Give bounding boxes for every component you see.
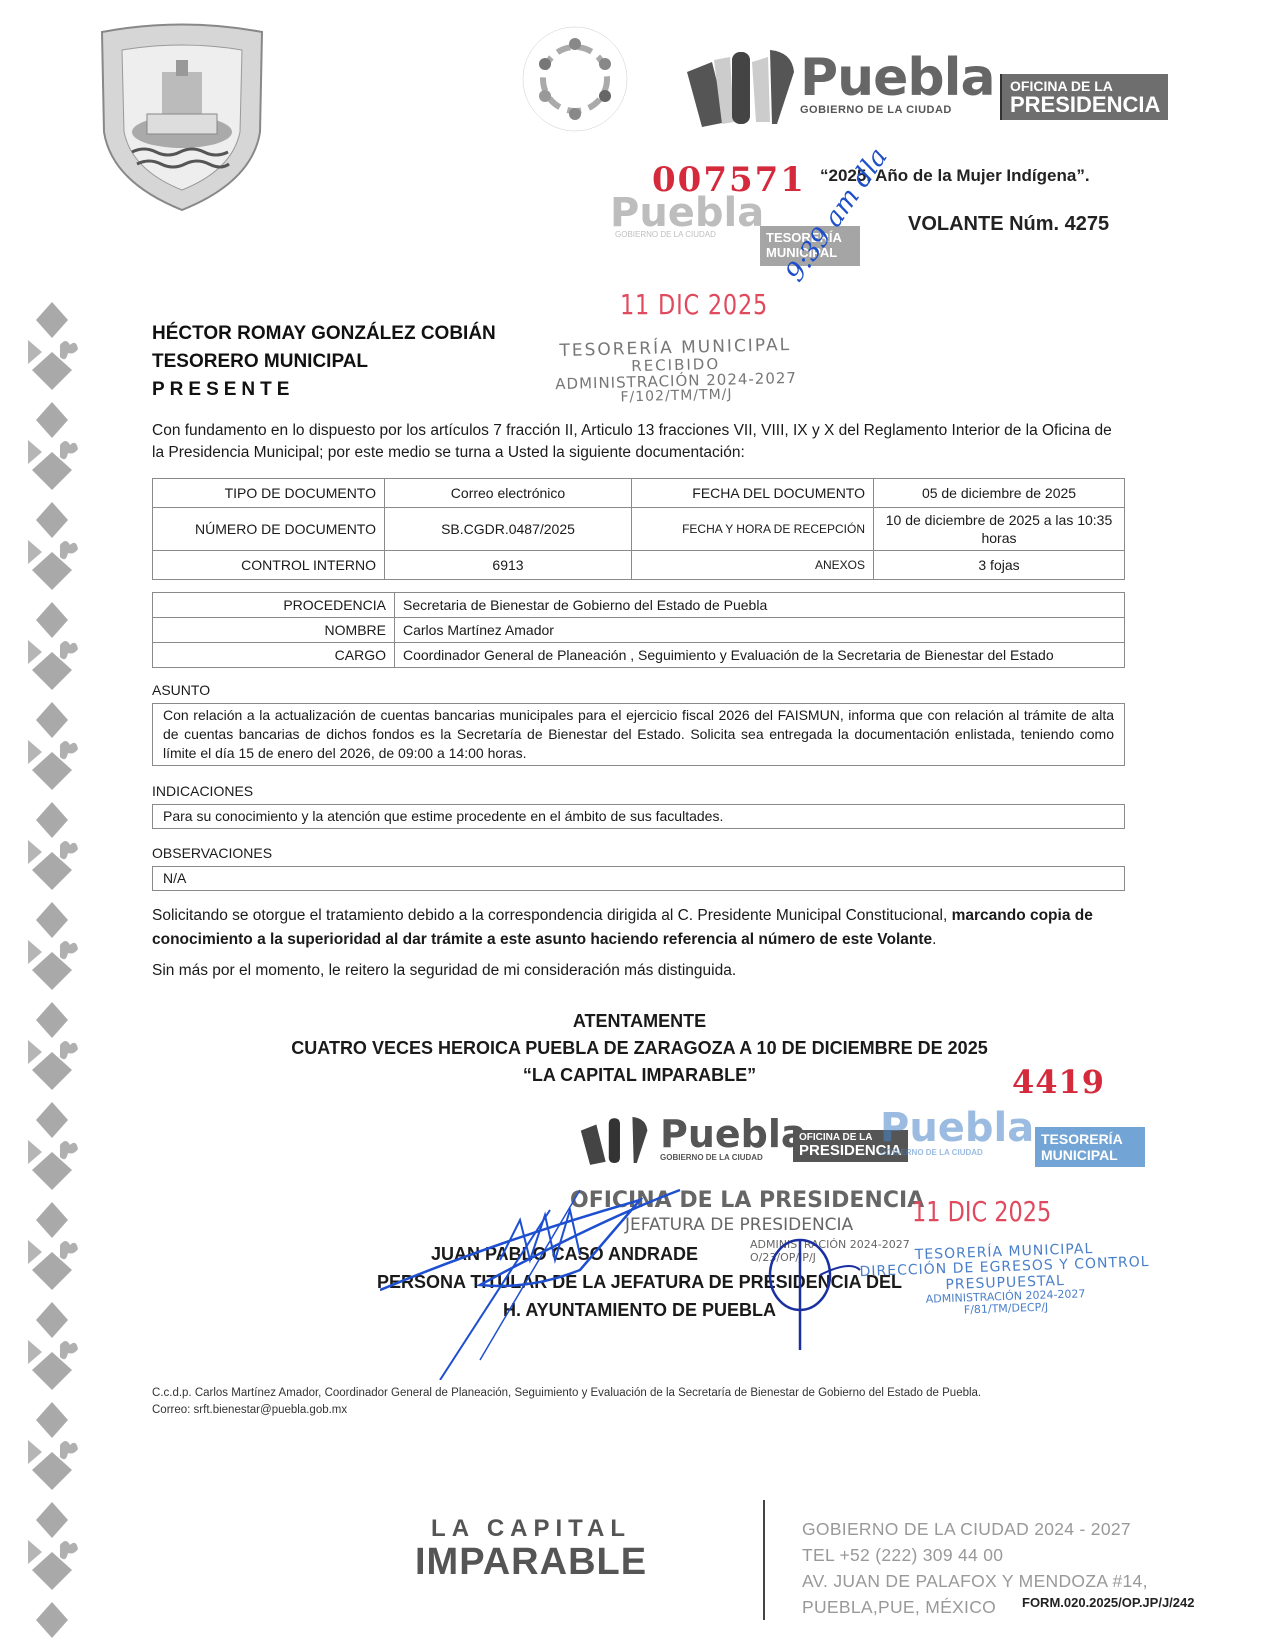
addressee-name: HÉCTOR ROMAY GONZÁLEZ COBIÁN: [152, 320, 496, 348]
office-badge-line2: PRESIDENCIA: [1010, 93, 1160, 116]
cell-label: NÚMERO DE DOCUMENTO: [153, 508, 385, 551]
table-row: CARGO Coordinador General de Planeación …: [153, 643, 1125, 668]
office-badge: OFICINA DE LA PRESIDENCIA: [1000, 74, 1168, 120]
cell-label: FECHA Y HORA DE RECEPCIÓN: [632, 508, 874, 551]
form-code: FORM.020.2025/OP.JP/J/242: [1022, 1595, 1194, 1610]
table-row: NÚMERO DE DOCUMENTO SB.CGDR.0487/2025 FE…: [153, 508, 1125, 551]
puebla-brand: Puebla GOBIERNO DE LA CIUDAD: [800, 52, 995, 116]
cell-value: 10 de diciembre de 2025 a las 10:35 hora…: [874, 508, 1125, 551]
farewell-paragraph: Sin más por el momento, le reitero la se…: [152, 962, 1127, 980]
table-row: CONTROL INTERNO 6913 ANEXOS 3 fojas: [153, 551, 1125, 580]
folio-stamp-bottom: 4419: [1012, 1063, 1105, 1101]
footer-logo-top: LA CAPITAL: [415, 1515, 647, 1543]
addressee-presente: PRESENTE: [152, 376, 496, 404]
volante-number: VOLANTE Núm. 4275: [908, 213, 1109, 236]
equality-seal-logo: [520, 24, 630, 134]
footer-address-line: TEL +52 (222) 309 44 00: [802, 1542, 1148, 1568]
cell-value: 05 de diciembre de 2025: [874, 479, 1125, 508]
received-date-stamp: 11 DIC 2025: [620, 288, 768, 321]
sender-info-table: PROCEDENCIA Secretaria de Bienestar de G…: [152, 592, 1125, 668]
footer-address-line: AV. JUAN DE PALAFOX Y MENDOZA #14,: [802, 1568, 1148, 1594]
table-row: NOMBRE Carlos Martínez Amador: [153, 618, 1125, 643]
cell-value: Correo electrónico: [385, 479, 632, 508]
cell-value: SB.CGDR.0487/2025: [385, 508, 632, 551]
tesoreria-stamp-logo: Puebla GOBIERNO DE LA CIUDAD: [520, 190, 764, 239]
cell-value: Carlos Martínez Amador: [395, 618, 1125, 643]
cell-value: Secretaria de Bienestar de Gobierno del …: [395, 593, 1125, 618]
addressee-title: TESORERO MUNICIPAL: [152, 348, 496, 376]
footer-divider: [763, 1500, 765, 1620]
addressee-block: HÉCTOR ROMAY GONZÁLEZ COBIÁN TESORERO MU…: [152, 320, 496, 404]
cell-label: PROCEDENCIA: [153, 593, 395, 618]
table-row: PROCEDENCIA Secretaria de Bienestar de G…: [153, 593, 1125, 618]
cell-label: FECHA DEL DOCUMENTO: [632, 479, 874, 508]
motto: “LA CAPITAL IMPARABLE”: [152, 1062, 1127, 1089]
closing-paragraph: Solicitando se otorgue el tratamiento de…: [152, 904, 1127, 952]
place-date: CUATRO VECES HEROICA PUEBLA DE ZARAGOZA …: [152, 1035, 1127, 1062]
intro-paragraph: Con fundamento en lo dispuesto por los a…: [152, 420, 1127, 464]
jefatura-stamp: JEFATURA DE PRESIDENCIA: [625, 1215, 853, 1235]
ccp-block: C.c.d.p. Carlos Martínez Amador, Coordin…: [152, 1385, 981, 1419]
capital-imparable-logo: LA CAPITAL IMPARABLE: [415, 1515, 647, 1581]
blue-brand: Puebla: [880, 1108, 1034, 1148]
cell-value: Coordinador General de Planeación , Segu…: [395, 643, 1125, 668]
decorative-border: [22, 300, 82, 1640]
footer-logo-bottom: IMPARABLE: [415, 1543, 647, 1581]
indicaciones-box: Para su conocimiento y la atención que e…: [152, 804, 1125, 829]
tesoreria-blue-box: TESORERÍA MUNICIPAL: [1035, 1127, 1145, 1167]
closing-text: Solicitando se otorgue el tratamiento de…: [152, 907, 952, 924]
bottom-brand: Puebla: [660, 1115, 807, 1153]
signature-header: ATENTAMENTE CUATRO VECES HEROICA PUEBLA …: [152, 1008, 1127, 1089]
oficina-stamp: OFICINA DE LA PRESIDENCIA: [570, 1188, 924, 1213]
cell-label: NOMBRE: [153, 618, 395, 643]
office-badge-line1: OFICINA DE LA: [1010, 79, 1160, 93]
closing-end: .: [932, 931, 936, 948]
cell-label: ANEXOS: [632, 551, 874, 580]
cell-value: 3 fojas: [874, 551, 1125, 580]
received-stamp: TESORERÍA MUNICIPAL RECIBIDO ADMINISTRAC…: [554, 337, 797, 407]
table-row: TIPO DE DOCUMENTO Correo electrónico FEC…: [153, 479, 1125, 508]
tesoreria-egresos-stamp: TESORERÍA MUNICIPAL DIRECCIÓN DE EGRESOS…: [859, 1240, 1151, 1320]
cell-label: CONTROL INTERNO: [153, 551, 385, 580]
puebla-wordmark: Puebla: [800, 52, 995, 104]
cell-label: CARGO: [153, 643, 395, 668]
tesoreria-blue-logo: Puebla GOBIERNO DE LA CIUDAD: [880, 1108, 1034, 1157]
indicaciones-label: INDICACIONES: [152, 783, 253, 799]
city-crest-logo: [92, 22, 272, 212]
document-info-table: TIPO DE DOCUMENTO Correo electrónico FEC…: [152, 478, 1125, 580]
cell-value: 6913: [385, 551, 632, 580]
puebla-emblem-icon: [575, 1112, 655, 1168]
atentamente: ATENTAMENTE: [152, 1008, 1127, 1035]
ccp-line: C.c.d.p. Carlos Martínez Amador, Coordin…: [152, 1385, 981, 1402]
footer-address-line: GOBIERNO DE LA CIUDAD 2024 - 2027: [802, 1516, 1148, 1542]
bottom-puebla-logo: Puebla GOBIERNO DE LA CIUDAD: [660, 1115, 807, 1162]
ccp-email: Correo: srft.bienestar@puebla.gob.mx: [152, 1402, 981, 1419]
observaciones-label: OBSERVACIONES: [152, 845, 272, 861]
asunto-box: Con relación a la actualización de cuent…: [152, 703, 1125, 766]
received-date-stamp-bottom: 11 DIC 2025: [912, 1195, 1051, 1228]
puebla-emblem-icon: [682, 42, 802, 132]
observaciones-box: N/A: [152, 866, 1125, 891]
asunto-label: ASUNTO: [152, 682, 210, 698]
cell-label: TIPO DE DOCUMENTO: [153, 479, 385, 508]
